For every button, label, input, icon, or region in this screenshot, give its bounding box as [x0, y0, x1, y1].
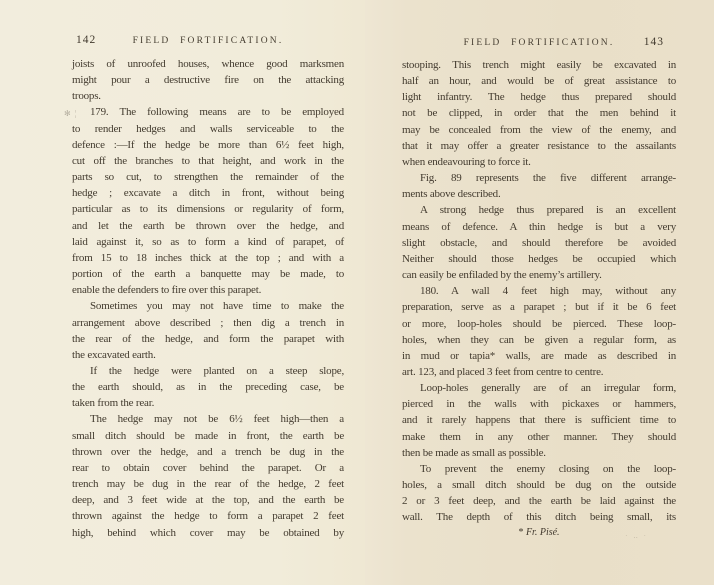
page-left-text: joists of unroofed houses, whence good m… [72, 56, 344, 541]
text-line: holes, a small ditch should be dug on th… [402, 477, 676, 493]
page-number-left: 142 [76, 34, 96, 46]
text-line: preparation, serve as a parapet ; but if… [402, 299, 676, 315]
text-line: Loop-holes generally are of an irregular… [402, 380, 676, 396]
text-line: portion of the earth a banquette may be … [72, 266, 344, 282]
text-line: enable the defenders to fire over this p… [72, 282, 344, 298]
text-line: Neither should those hedges be occupied … [402, 251, 676, 267]
text-line: 180. A wall 4 feet high may, without any [402, 283, 676, 299]
text-line: means of defence. A thin hedge is but a … [402, 219, 676, 235]
book-spread: 142 FIELD FORTIFICATION. joists of unroo… [0, 0, 714, 585]
text-line: cut off the branches to that height, and… [72, 153, 344, 169]
text-line: art. 123, and placed 3 feet from centre … [402, 364, 676, 380]
text-line: then be made as small as possible. [402, 445, 676, 461]
text-line: To prevent the enemy closing on the loop… [402, 461, 676, 477]
footnote-text: Fr. Pisé. [526, 527, 560, 538]
text-line: deep, and 3 feet wide at the top, and th… [72, 492, 344, 508]
text-line: high, behind which cover may be obtained… [72, 525, 344, 541]
text-line: Fig. 89 represents the five different ar… [402, 170, 676, 186]
text-line: that it may offer a greater resistance t… [402, 138, 676, 154]
text-line: ✻ ¦179. The following means are to be em… [72, 104, 344, 120]
text-line: joists of unroofed houses, whence good m… [72, 56, 344, 72]
text-line: 2 or 3 feet deep, and the earth be laid … [402, 493, 676, 509]
text-line: can easily be enfiladed by the enemy’s a… [402, 267, 676, 283]
text-line: troops. [72, 88, 344, 104]
text-line: make them in any other manner. They shou… [402, 429, 676, 445]
text-line: the rear of the hedge, and form the para… [72, 331, 344, 347]
running-header-left: FIELD FORTIFICATION. [72, 36, 344, 46]
text-line: or more, loop-holes should be pierced. T… [402, 316, 676, 332]
page-left: 142 FIELD FORTIFICATION. joists of unroo… [0, 0, 365, 585]
text-line: If the hedge were planted on a steep slo… [72, 363, 344, 379]
text-line: Sometimes you may not have time to make … [72, 298, 344, 314]
text-line: pierced in the walls with pickaxes or ha… [402, 396, 676, 412]
ink-smudge: · ‥ · [625, 528, 648, 544]
text-line: may be concealed from the view of the en… [402, 122, 676, 138]
text-line: when endeavouring to force it. [402, 154, 676, 170]
text-line: The hedge may not be 6½ feet high—then a [72, 411, 344, 427]
text-line: wall. The depth of this ditch being smal… [402, 509, 676, 525]
footnote: * Fr. Pisé. · ‥ · [402, 525, 676, 541]
text-line: from 15 to 18 inches thick at the top ; … [72, 250, 344, 266]
text-line: the excavated earth. [72, 347, 344, 363]
text-line: in mud or tapia* walls, are made as desc… [402, 348, 676, 364]
page-left-header: 142 FIELD FORTIFICATION. [72, 36, 344, 46]
text-line: trench may be dug in the rear of the hed… [72, 476, 344, 492]
text-line: taken from the rear. [72, 395, 344, 411]
text-line: ments above described. [402, 186, 676, 202]
text-line: rear to obtain cover behind the parapet.… [72, 460, 344, 476]
text-line: arrangement above described ; then dig a… [72, 315, 344, 331]
page-right-text: stooping. This trench might easily be ex… [402, 57, 676, 526]
text-line: holes, when they can be given a regular … [402, 332, 676, 348]
text-line: not be clipped, in order that the men be… [402, 105, 676, 121]
text-line: thrown against the hedge to form a parap… [72, 508, 344, 524]
text-line: half an hour, and would be of great assi… [402, 73, 676, 89]
text-line: A strong hedge thus prepared is an excel… [402, 202, 676, 218]
text-line: laid against it, so as to form a kind of… [72, 234, 344, 250]
text-line: parts so cut, to strengthen the remainde… [72, 169, 344, 185]
text-line: slight obstacle, and should therefore be… [402, 235, 676, 251]
footnote-marker: * [518, 527, 523, 538]
text-line: to render hedges and walls serviceable t… [72, 121, 344, 137]
page-right: FIELD FORTIFICATION. 143 stooping. This … [365, 0, 714, 585]
text-line: light infantry. The hedge thus prepared … [402, 89, 676, 105]
page-right-header: FIELD FORTIFICATION. 143 [402, 38, 676, 48]
text-line: particular as to its dimensions or regul… [72, 201, 344, 217]
running-header-right: FIELD FORTIFICATION. [402, 38, 676, 48]
text-line: small ditch should be made in front, the… [72, 428, 344, 444]
text-line: stooping. This trench might easily be ex… [402, 57, 676, 73]
page-number-right: 143 [644, 36, 664, 48]
text-line: thrown over the hedge, and a trench be d… [72, 444, 344, 460]
text-line: and it rarely happens that there is suff… [402, 412, 676, 428]
text-line: the earth should, as in the preceding ca… [72, 379, 344, 395]
text-line: and let the earth be thrown over the hed… [72, 218, 344, 234]
text-line: defence :—If the hedge be more than 6½ f… [72, 137, 344, 153]
text-line: might pour a destructive fire on the att… [72, 72, 344, 88]
text-line: hedge ; excavate a ditch in front, witho… [72, 185, 344, 201]
